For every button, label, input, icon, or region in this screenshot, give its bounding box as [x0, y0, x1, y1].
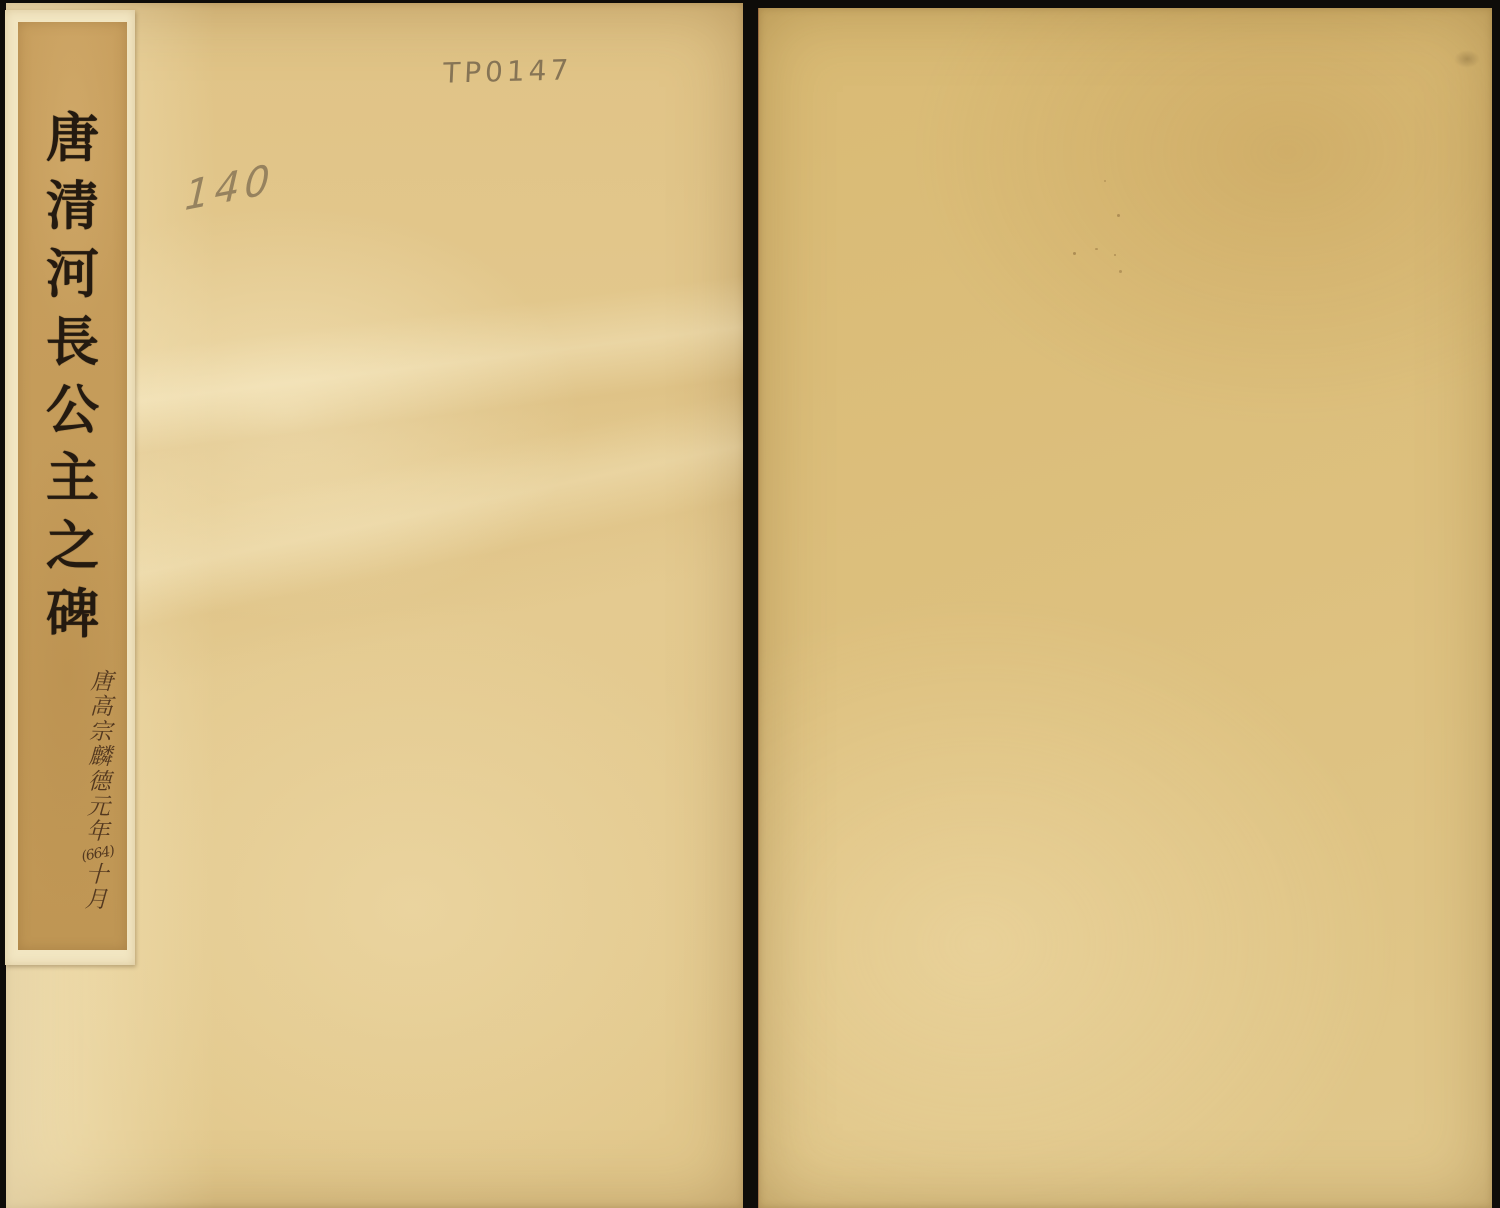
annotation-glyph: 高	[89, 695, 113, 721]
pencil-page-number: 140	[184, 156, 276, 221]
annotation-glyph: 德	[87, 770, 111, 796]
annotation-glyph: 麟	[88, 745, 112, 771]
title-character: 公	[46, 382, 99, 438]
annotation-glyph-year: (664)	[80, 842, 115, 866]
title-character: 長	[46, 314, 99, 370]
title-label-border: 唐 清 河 長 公 主 之 碑 唐 高 宗 麟 德 元 年 (664) 十 月	[5, 10, 135, 965]
annotation-glyph: 唐	[90, 670, 114, 696]
annotation-column: 唐 高 宗 麟 德 元 年 (664) 十 月	[74, 669, 124, 913]
title-character: 河	[46, 246, 99, 302]
foxing-spot	[1073, 252, 1076, 255]
paper-smudge	[1454, 50, 1480, 68]
foxing-spot	[1119, 270, 1122, 273]
annotation-glyph: 年	[86, 820, 110, 846]
foxing-spot	[1095, 248, 1098, 250]
right-page	[758, 8, 1492, 1208]
title-character: 主	[46, 450, 99, 506]
left-page: 唐 清 河 長 公 主 之 碑 唐 高 宗 麟 德 元 年 (664) 十 月	[6, 3, 743, 1208]
annotation-glyph: 十	[85, 863, 109, 889]
foxing-spot	[1117, 214, 1120, 217]
annotation-glyph: 元	[87, 795, 111, 821]
title-character: 清	[46, 178, 99, 234]
annotation-glyph: 宗	[89, 720, 113, 746]
title-character: 之	[46, 518, 99, 574]
title-character: 碑	[46, 586, 99, 642]
title-strip: 唐 清 河 長 公 主 之 碑 唐 高 宗 麟 德 元 年 (664) 十 月	[18, 22, 127, 950]
foxing-spot	[1104, 180, 1106, 182]
title-column: 唐 清 河 長 公 主 之 碑	[18, 110, 127, 642]
foxing-spot	[1114, 254, 1116, 256]
pencil-catalog-code: TP0147	[442, 53, 573, 89]
annotation-glyph: 月	[84, 888, 108, 914]
title-character: 唐	[46, 110, 99, 166]
